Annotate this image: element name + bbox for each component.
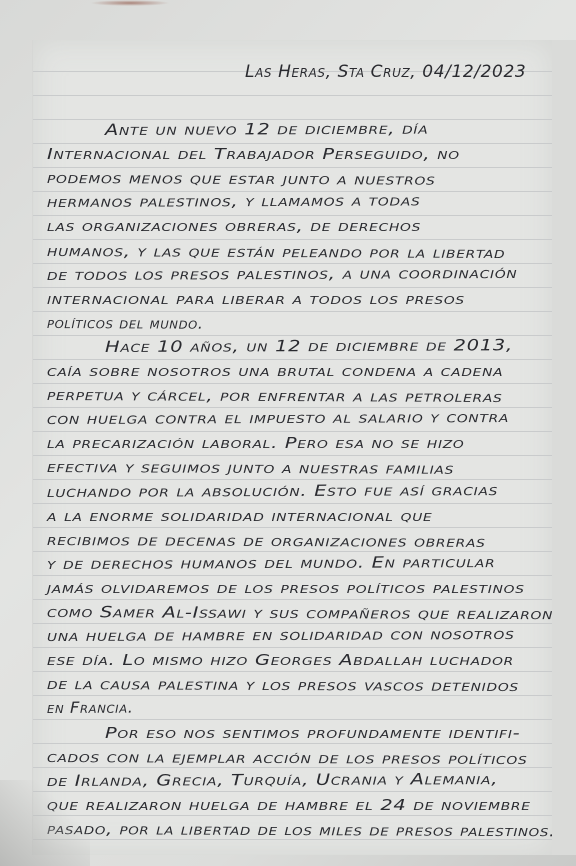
text-line: las organizaciones obreras, de derechos xyxy=(47,214,421,238)
text-line: Hace 10 años, un 12 de diciembre de 2013… xyxy=(105,333,513,359)
text-line: con huelga contra el impuesto al salario… xyxy=(47,405,509,431)
text-line: Internacional del Trabajador Perseguido,… xyxy=(47,142,460,166)
text-line: luchando por la absolución. Esto fue así… xyxy=(47,478,498,504)
text-line: Ante un nuevo 12 de diciembre, día xyxy=(105,117,428,142)
text-line: y de derechos humanos del mundo. En part… xyxy=(47,550,495,576)
adjacent-page-edge xyxy=(552,40,576,855)
text-line: ese día. Lo mismo hizo Georges Abdallah … xyxy=(47,648,514,672)
text-line: de Irlanda, Grecia, Turquía, Ucrania y A… xyxy=(47,767,498,793)
text-line: de todos los presos palestinos, a una co… xyxy=(47,261,518,287)
text-line: a la enorme solidaridad internacional qu… xyxy=(47,504,432,528)
text-line: Por eso nos sentimos profundamente ident… xyxy=(105,721,520,745)
text-line: en Francia. xyxy=(47,696,134,720)
text-line: hermanos palestinos, y llamamos a todas xyxy=(47,189,421,215)
notebook-page: Las Heras, Sta Cruz, 04/12/2023 Ante un … xyxy=(32,40,554,855)
text-line: de la causa palestina y los presos vasco… xyxy=(47,672,519,698)
text-line: que realizaron huelga de hambre el 24 de… xyxy=(47,793,531,817)
finger-shadow xyxy=(90,0,170,6)
text-line: la precarización laboral. Pero esa no se… xyxy=(47,431,465,455)
text-line: políticos del mundo. xyxy=(47,311,204,336)
text-line: jamás olvidaremos de los presos político… xyxy=(47,576,525,600)
text-line: caía sobre nosotros una brutal condena a… xyxy=(47,359,503,383)
text-line: una huelga de hambre en solidaridad con … xyxy=(47,622,515,648)
corner-shadow xyxy=(0,780,90,866)
text-line: efectiva y seguimos junto a nuestras fam… xyxy=(47,455,454,481)
text-line: pasado, por la libertad de los miles de … xyxy=(47,817,556,843)
place-date: Las Heras, Sta Cruz, 04/12/2023 xyxy=(245,60,526,84)
text-line: internacional para liberar a todos los p… xyxy=(47,287,465,311)
